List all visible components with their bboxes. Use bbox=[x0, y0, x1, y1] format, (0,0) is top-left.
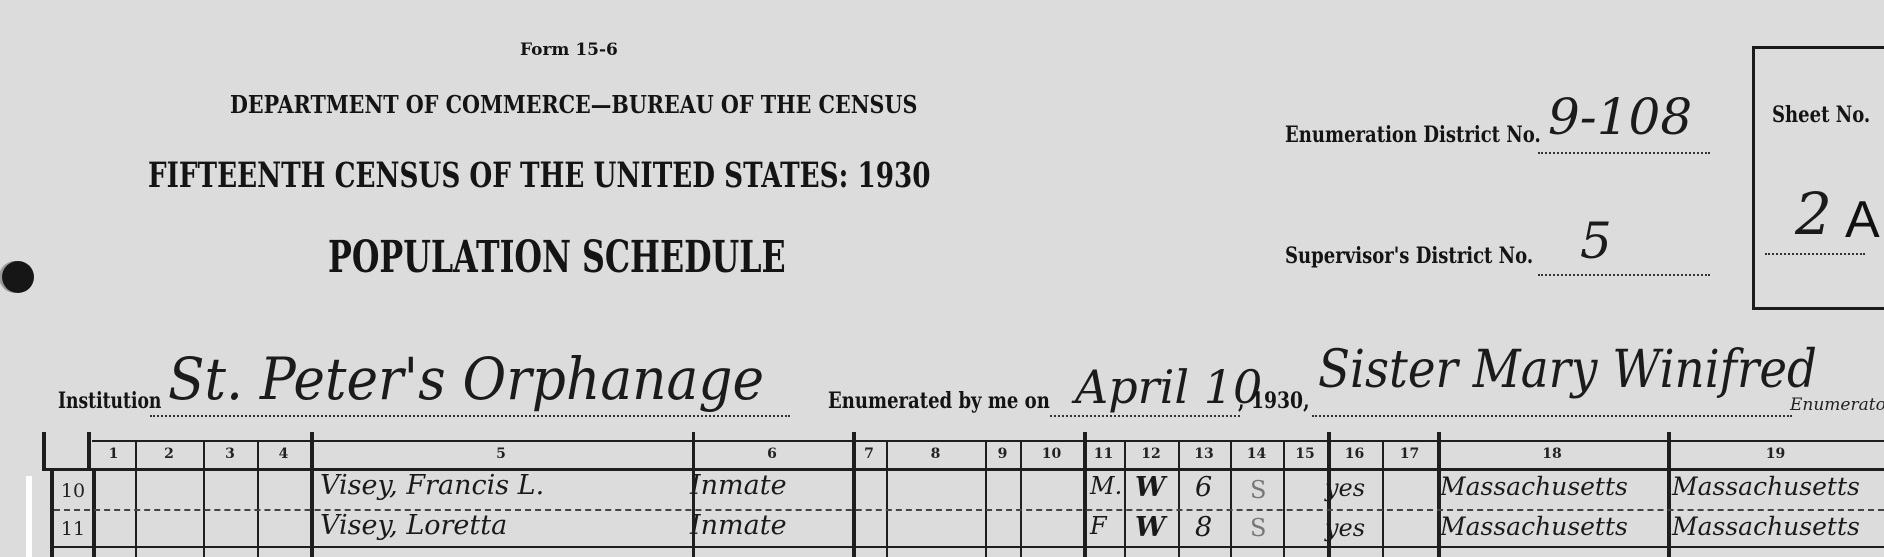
line-number: 10 bbox=[52, 480, 94, 502]
column-number: 8 bbox=[886, 446, 985, 462]
column-number: 2 bbox=[135, 446, 203, 462]
enumeration-district-label: Enumeration District No. bbox=[1285, 122, 1541, 148]
column-number: 9 bbox=[985, 446, 1020, 462]
column-number: 13 bbox=[1178, 446, 1230, 462]
marital-cell: S bbox=[1250, 476, 1266, 504]
school-cell: yes bbox=[1325, 474, 1365, 502]
column-number: 16 bbox=[1327, 446, 1382, 462]
column-number: 6 bbox=[692, 446, 852, 462]
supervisor-district-value: 5 bbox=[1580, 212, 1612, 270]
father-birthplace-cell: Massachusetts bbox=[1672, 512, 1860, 541]
relation-cell: Inmate bbox=[690, 470, 787, 501]
form-number: Form 15-6 bbox=[520, 40, 618, 60]
institution-label: Institution bbox=[58, 388, 161, 414]
name-cell: Visey, Francis L. bbox=[320, 470, 544, 501]
birthplace-cell: Massachusetts bbox=[1440, 472, 1628, 501]
sex-cell: M. bbox=[1090, 472, 1122, 500]
sex-cell: F bbox=[1090, 512, 1107, 540]
column-number: 14 bbox=[1230, 446, 1283, 462]
sheet-number-value: 2 bbox=[1795, 180, 1832, 248]
relation-cell: Inmate bbox=[690, 510, 787, 541]
enumerated-on-label: Enumerated by me on bbox=[828, 388, 1050, 414]
enumeration-district-field[interactable] bbox=[1538, 150, 1710, 154]
column-number: 15 bbox=[1283, 446, 1327, 462]
age-cell: 8 bbox=[1195, 512, 1212, 543]
column-number: 11 bbox=[1083, 446, 1124, 462]
enumerator-field[interactable] bbox=[1312, 413, 1792, 417]
column-number: 7 bbox=[852, 446, 886, 462]
sheet-number-box bbox=[1752, 46, 1884, 310]
name-cell: Visey, Loretta bbox=[320, 510, 507, 541]
column-number: 3 bbox=[203, 446, 257, 462]
column-number: 4 bbox=[257, 446, 310, 462]
scan-edge-bar bbox=[26, 476, 32, 557]
enumeration-district-value: 9-108 bbox=[1548, 88, 1692, 146]
sheet-suffix: A bbox=[1845, 190, 1880, 250]
supervisor-district-field[interactable] bbox=[1538, 272, 1710, 276]
census-title: FIFTEENTH CENSUS OF THE UNITED STATES: 1… bbox=[148, 155, 931, 196]
enumerator-label: Enumerator bbox=[1790, 395, 1884, 415]
race-cell: W bbox=[1135, 472, 1165, 503]
column-number: 17 bbox=[1382, 446, 1437, 462]
sheet-number-field[interactable] bbox=[1765, 251, 1865, 255]
birthplace-cell: Massachusetts bbox=[1440, 512, 1628, 541]
supervisor-district-label: Supervisor's District No. bbox=[1285, 243, 1533, 269]
race-cell: W bbox=[1135, 512, 1165, 543]
column-number: 10 bbox=[1020, 446, 1083, 462]
father-birthplace-cell: Massachusetts bbox=[1672, 472, 1860, 501]
schedule-title: POPULATION SCHEDULE bbox=[328, 232, 786, 283]
column-number: 18 bbox=[1437, 446, 1667, 462]
department-heading: DEPARTMENT OF COMMERCE—BUREAU OF THE CEN… bbox=[230, 90, 917, 119]
institution-value: St. Peter's Orphanage bbox=[168, 345, 764, 413]
school-cell: yes bbox=[1325, 514, 1365, 542]
institution-field[interactable] bbox=[150, 413, 790, 417]
column-number: 19 bbox=[1667, 446, 1884, 462]
enumeration-date-value: April 10 bbox=[1075, 360, 1262, 414]
binder-hole bbox=[2, 261, 34, 293]
column-number: 12 bbox=[1124, 446, 1178, 462]
enumerator-value: Sister Mary Winifred bbox=[1318, 340, 1817, 400]
sheet-number-label: Sheet No. bbox=[1772, 102, 1870, 128]
line-number: 11 bbox=[52, 518, 94, 540]
enumeration-year: , 1930, bbox=[1238, 388, 1310, 414]
marital-cell: S bbox=[1250, 514, 1266, 542]
column-number: 5 bbox=[310, 446, 692, 462]
column-number: 1 bbox=[92, 446, 135, 462]
age-cell: 6 bbox=[1195, 472, 1212, 503]
